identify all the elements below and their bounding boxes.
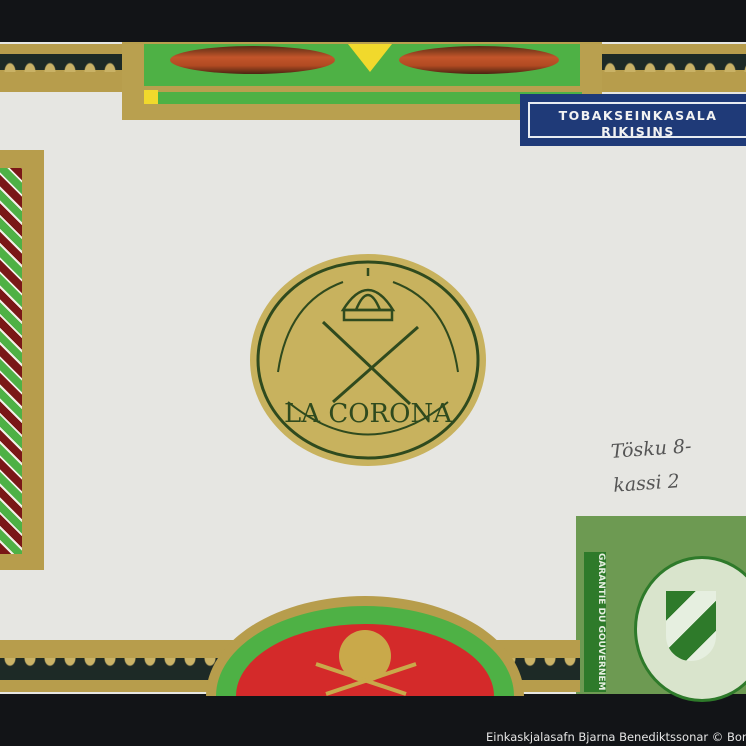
coat-of-arms-icon <box>666 591 716 661</box>
cigar-icon <box>399 46 559 74</box>
tax-label-line1: TOBAKSEINKASALA <box>530 108 746 124</box>
stamp-guarantee-text: GARANTIE DU GOUVERNEM <box>584 552 606 692</box>
yellow-triangle-icon <box>348 44 392 72</box>
la-corona-seal: LA CORONA <box>248 252 488 468</box>
note-line1: Tösku 8- <box>610 429 693 469</box>
zigzag-ornament <box>0 168 22 554</box>
cigar-icon <box>170 46 335 74</box>
note-line2: kassi 2 <box>612 463 695 503</box>
government-stamp: GARANTIE DU GOUVERNEM <box>576 516 746 694</box>
watermark: Einkaskjalasafn Bjarna Benediktssonar © … <box>486 730 746 744</box>
seal-text: LA CORONA <box>284 399 453 429</box>
tax-label: TOBAKSEINKASALA RIKISINS <box>520 94 746 146</box>
handwritten-note: Tösku 8- kassi 2 <box>610 429 695 502</box>
bottom-medallion <box>206 596 524 696</box>
tax-label-line2: RIKISINS <box>530 124 746 140</box>
